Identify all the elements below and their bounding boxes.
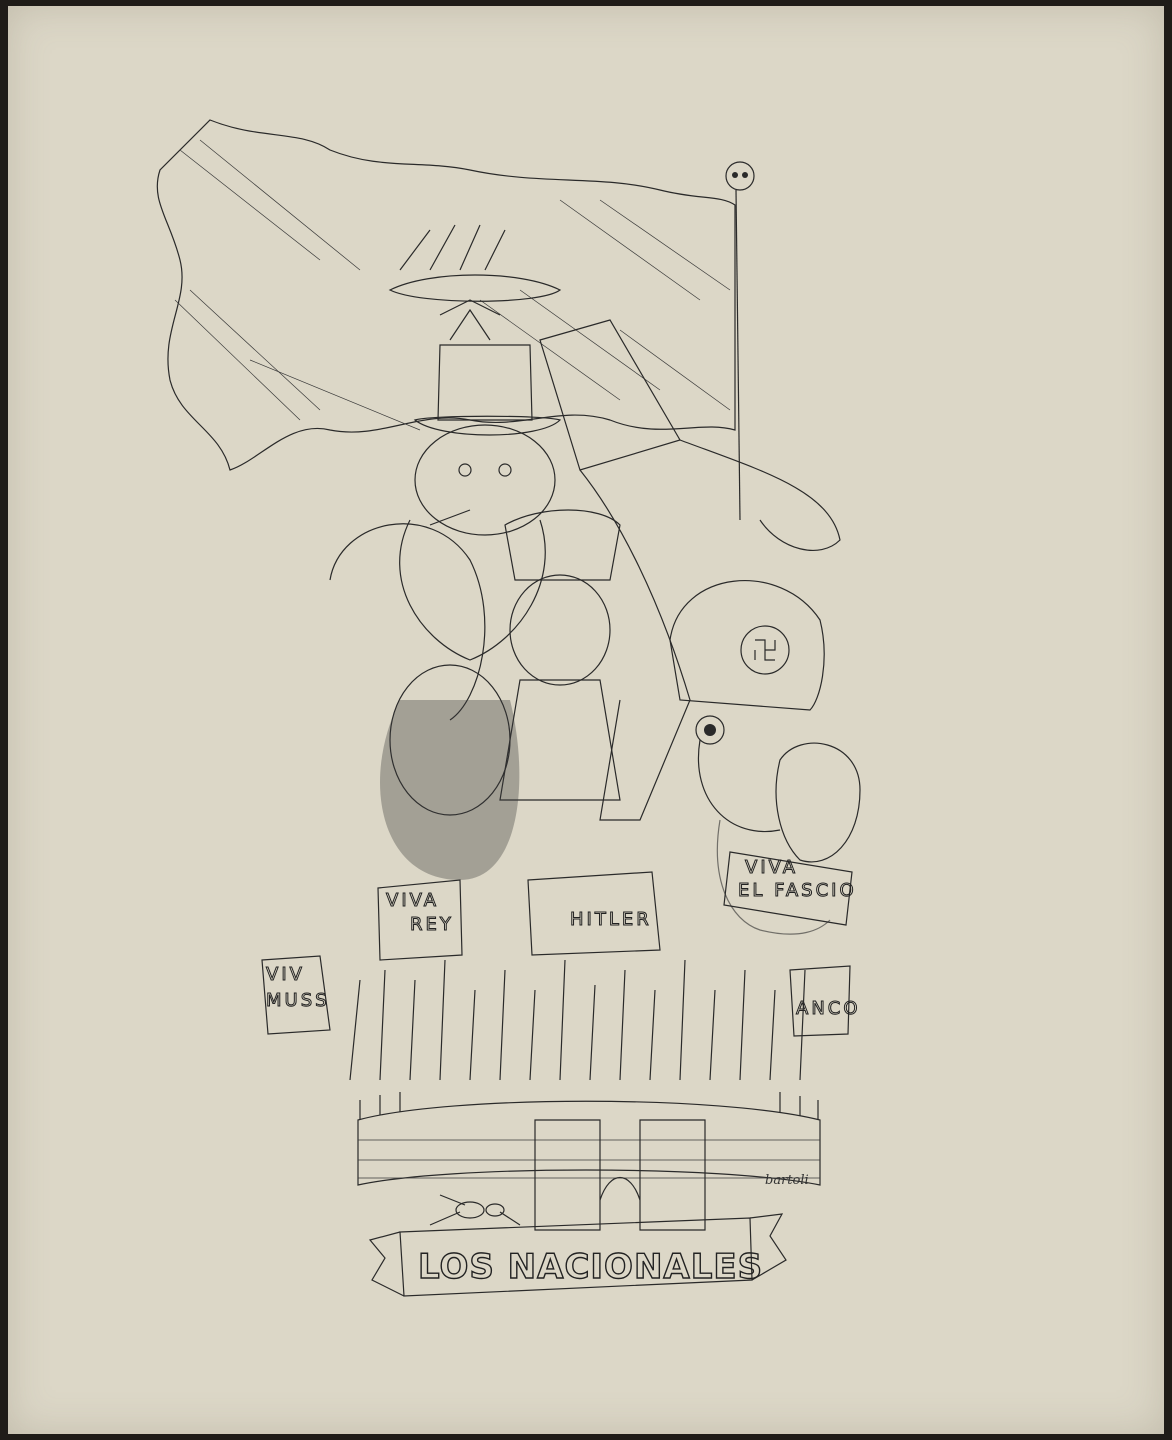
sign-hitler: HITLER: [528, 872, 660, 955]
ink-drawing: VIVA REY HITLER VIVA EL FASCIO VIV MUSS …: [0, 0, 1172, 1440]
flag: [157, 120, 754, 520]
turbaned-figure: [776, 743, 860, 862]
mitre-figure: [540, 320, 840, 820]
ant: [430, 1195, 520, 1225]
svg-text:VIV: VIV: [266, 964, 305, 985]
svg-text:REY: REY: [410, 914, 454, 935]
svg-text:MUSS: MUSS: [266, 990, 330, 1011]
top-hat-figure: [400, 345, 560, 660]
svg-text:VIVA: VIVA: [745, 857, 798, 878]
sign-viva-muss: VIV MUSS: [262, 956, 330, 1034]
banner-title: LOS NACIONALES: [418, 1247, 763, 1287]
title-banner: LOS NACIONALES: [370, 1214, 786, 1296]
svg-text:HITLER: HITLER: [570, 909, 652, 930]
sign-franco: ANCO: [790, 966, 861, 1036]
castle-wall: [358, 1092, 820, 1230]
sign-viva-el-fascio: VIVA EL FASCIO: [724, 852, 857, 925]
helmet-soldier: [670, 581, 824, 832]
raised-hands: [350, 960, 805, 1080]
artist-signature: bartoli: [765, 1173, 809, 1188]
svg-text:EL FASCIO: EL FASCIO: [738, 880, 857, 901]
bearded-figure: [330, 524, 519, 880]
svg-text:ANCO: ANCO: [796, 998, 861, 1019]
svg-text:VIVA: VIVA: [386, 890, 439, 911]
sign-viva-rey: VIVA REY: [378, 880, 462, 960]
